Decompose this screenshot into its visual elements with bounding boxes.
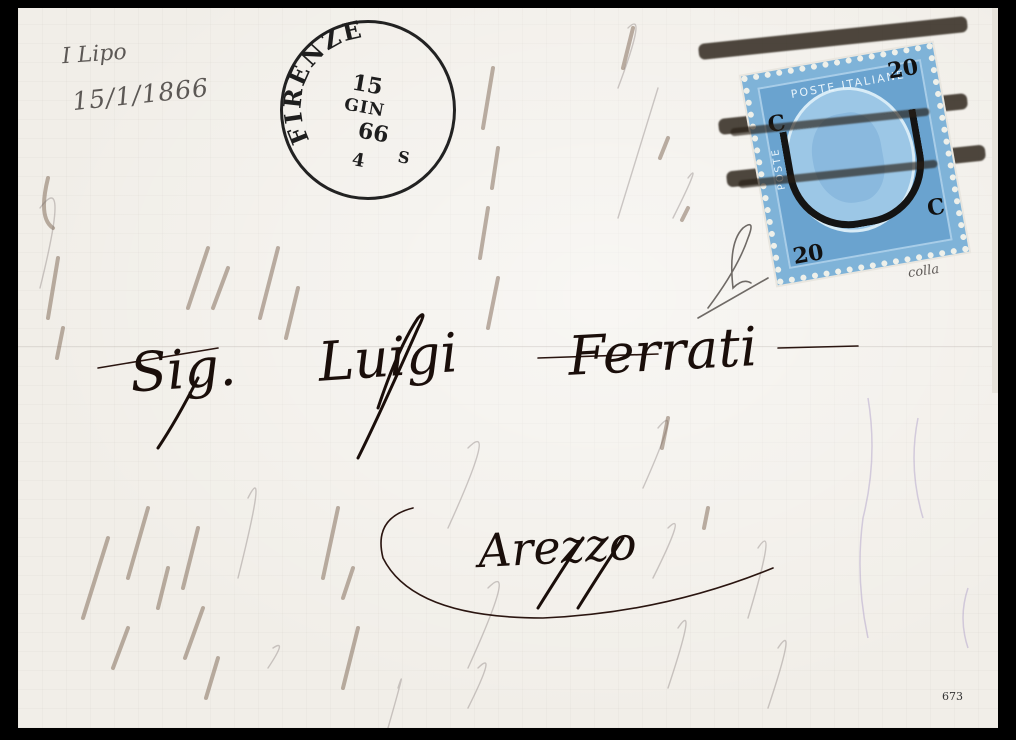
address-first-name: Luigi bbox=[316, 321, 460, 394]
address-title: Sig. bbox=[128, 334, 238, 404]
address-city: Arezzo bbox=[477, 516, 638, 578]
address-surname: Ferrati bbox=[566, 315, 758, 388]
letter-sheet: I Lipo 15/1/1866 colla 673 FIRENZE 15 GI… bbox=[18, 8, 998, 728]
